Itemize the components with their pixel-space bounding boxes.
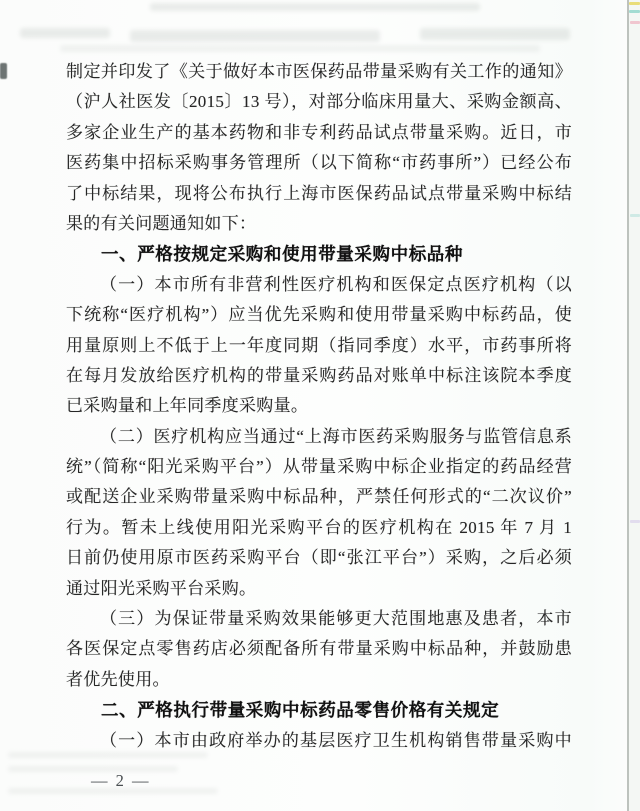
body-line: （一）本市所有非营利性医疗机构和医保定点医疗机构（以 <box>66 270 572 300</box>
scan-edge-line <box>627 0 629 811</box>
body-line: （一）本市由政府举办的基层医疗卫生机构销售带量采购中 <box>66 726 572 756</box>
body-line: （三）为保证带量采购效果能够更大范围地惠及患者，本市 <box>66 604 572 634</box>
scanned-page: 制定并印发了《关于做好本市医保药品带量采购有关工作的通知》 （沪人社医发〔201… <box>0 0 640 811</box>
scan-edge-strip <box>629 0 640 811</box>
scan-ghost-artifact <box>60 45 540 52</box>
body-line: 通过阳光采购平台采购。 <box>66 574 572 604</box>
body-line: 制定并印发了《关于做好本市医保药品带量采购有关工作的通知》 <box>66 57 572 87</box>
scan-ghost-artifact <box>420 28 570 40</box>
section-2-heading: 二、严格执行带量采购中标药品零售价格有关规定 <box>66 695 572 725</box>
body-line: 或配送企业采购带量采购中标品种，严禁任何形式的“二次议价” <box>66 482 572 512</box>
body-line: 在每月发放给医疗机构的带量采购药品对账单中标注该院本季度 <box>66 361 572 391</box>
body-line: （沪人社医发〔2015〕13 号），对部分临床用量大、采购金额高、 <box>66 87 572 117</box>
body-line: （二）医疗机构应当通过“上海市医药采购服务与监管信息系 <box>66 422 572 452</box>
section-1-heading: 一、严格按规定采购和使用带量采购中标品种 <box>66 239 572 269</box>
body-line: 统”（简称“阳光采购平台”）从带量采购中标企业指定的药品经营 <box>66 452 572 482</box>
body-line: 各医保定点零售药店必须配备所有带量采购中标品种，并鼓励患 <box>66 634 572 664</box>
body-line: 了中标结果，现将公布执行上海市医保药品试点带量采购中标结 <box>66 179 572 209</box>
scan-edge-smudge <box>0 63 7 79</box>
scan-ghost-artifact <box>150 3 480 11</box>
body-line: 医药集中招标采购事务管理所（以下简称“市药事所”）已经公布 <box>66 148 572 178</box>
scan-ghost-artifact <box>130 30 380 42</box>
page-number: — 2 — <box>91 771 151 791</box>
document-body: 制定并印发了《关于做好本市医保药品带量采购有关工作的通知》 （沪人社医发〔201… <box>66 57 572 756</box>
body-line: 多家企业生产的基本药物和非专利药品试点带量采购。近日，市 <box>66 118 572 148</box>
body-line: 日前仍使用原市医药采购平台（即“张江平台”）采购，之后必须 <box>66 543 572 573</box>
body-line: 已采购量和上年同季度采购量。 <box>66 391 572 421</box>
body-line: 下统称“医疗机构”）应当优先采购和使用带量采购中标药品，使 <box>66 300 572 330</box>
body-line: 行为。暂未上线使用阳光采购平台的医疗机构在 2015 年 7 月 1 <box>66 513 572 543</box>
body-line: 用量原则上不低于上一年度同期（指同季度）水平，市药事所将 <box>66 331 572 361</box>
scan-ghost-artifact <box>20 28 110 38</box>
body-line: 者优先使用。 <box>66 665 572 695</box>
body-line: 果的有关问题通知如下： <box>66 209 572 239</box>
